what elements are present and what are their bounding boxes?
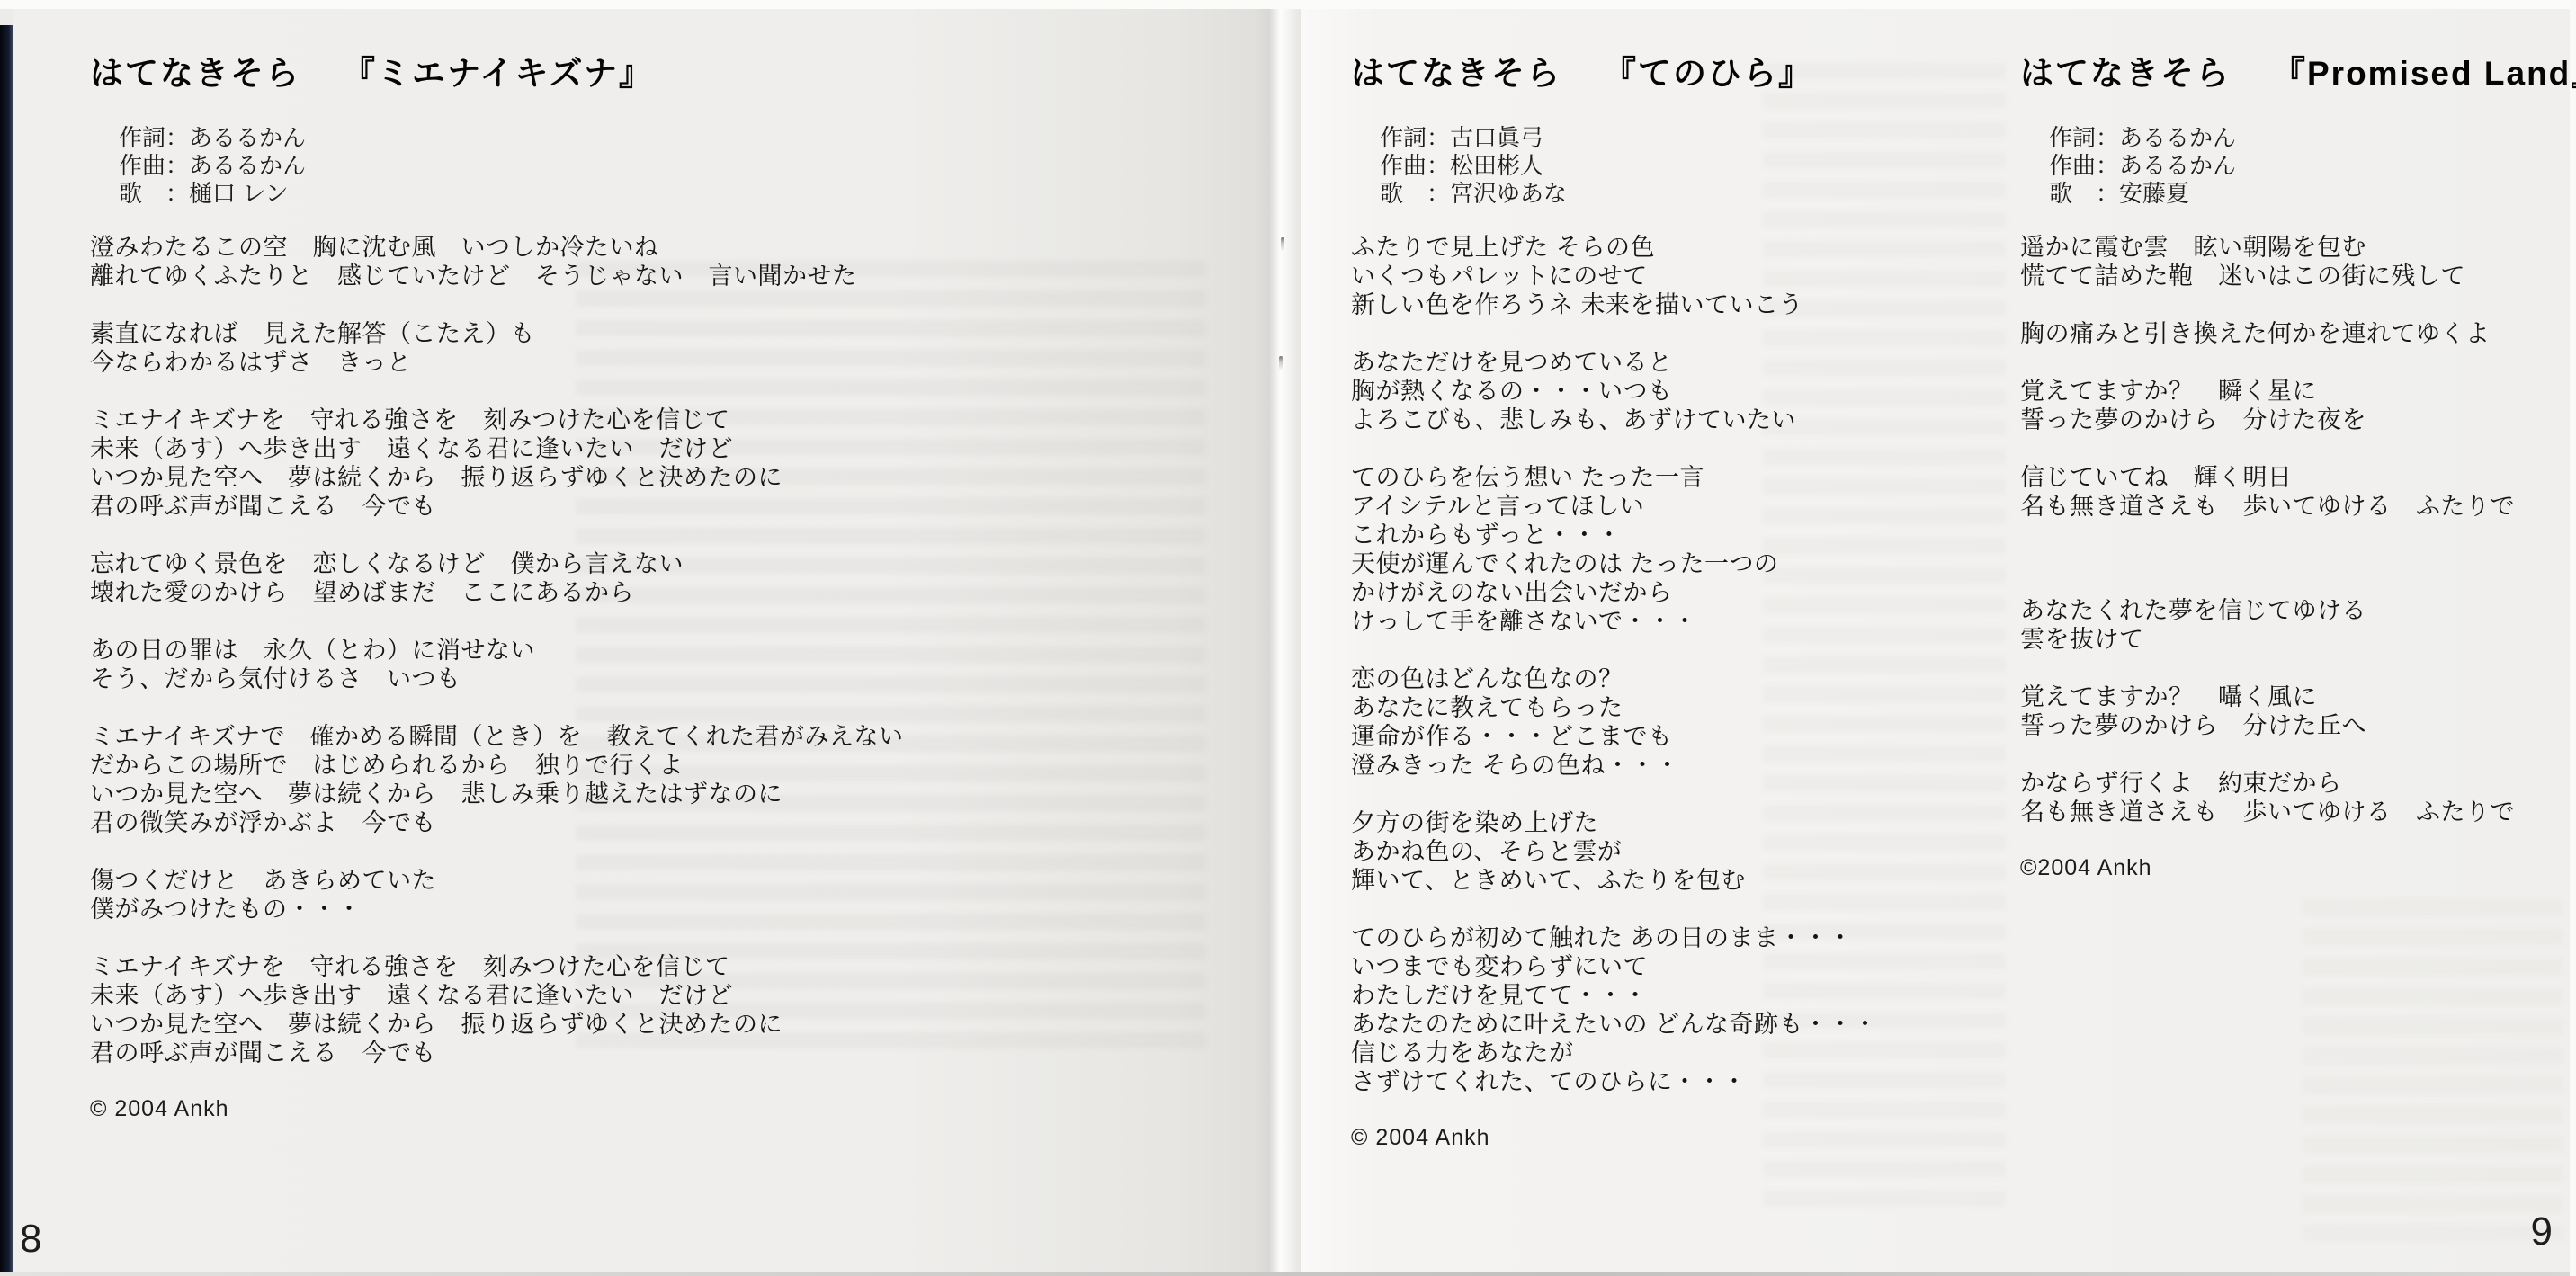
stanza: 忘れてゆく景色を 恋しくなるけど 僕から言えない壊れた愛のかけら 望めばまだ こ… bbox=[90, 549, 1241, 607]
credit-composer: 作曲：松田彬人 bbox=[1380, 152, 1999, 180]
lyric-line: 夕方の街を染め上げた bbox=[1351, 808, 1999, 837]
stanza-spacer bbox=[2020, 549, 2569, 567]
staple-bottom bbox=[1279, 356, 1283, 370]
lyric-line: 恋の色はどんな色なの？ bbox=[1351, 665, 1999, 693]
lyric-line: あかね色の、そらと雲が bbox=[1351, 837, 1999, 866]
lyric-line: あなただけを見つめていると bbox=[1351, 348, 1999, 377]
lyric-line: アイシテルと言ってほしい bbox=[1351, 492, 1999, 521]
stanza: ミエナイキズナを 守れる強さを 刻みつけた心を信じて未来（あす）へ歩き出す 遠く… bbox=[90, 406, 1241, 521]
lyric-line: いつか見た空へ 夢は続くから 悲しみ乗り越えたはずなのに bbox=[90, 780, 1241, 808]
lyric-line: 輝いて、ときめいて、ふたりを包む bbox=[1351, 866, 1999, 895]
lyric-line: あなたくれた夢を信じてゆける bbox=[2020, 596, 2569, 625]
lyric-line: 胸の痛みと引き換えた何かを連れてゆくよ bbox=[2020, 319, 2569, 348]
credit-vocalist: 歌 ：宮沢ゆあな bbox=[1380, 180, 1999, 208]
lyric-line: 未来（あす）へ歩き出す 遠くなる君に逢いたい だけど bbox=[90, 981, 1241, 1010]
credits: 作詞：あるるかん 作曲：あるるかん 歌 ：樋口 レン bbox=[119, 124, 1241, 208]
lyric-line: 新しい色を作ろうネ 未来を描いていこう bbox=[1351, 290, 1999, 319]
lyric-line: いつまでも変わらずにいて bbox=[1351, 952, 1999, 981]
lyric-line: ミエナイキズナを 守れる強さを 刻みつけた心を信じて bbox=[90, 406, 1241, 434]
lyric-line: あの日の罪は 永久（とわ）に消せない bbox=[90, 636, 1241, 665]
lyric-line: 今ならわかるはずさ きっと bbox=[90, 348, 1241, 377]
lyric-line: 信じていてね 輝く明日 bbox=[2020, 463, 2569, 492]
lyric-line: 運命が作る・・・どこまでも bbox=[1351, 722, 1999, 751]
scan-left-edge bbox=[0, 25, 13, 1276]
lyric-line: 天使が運んでくれたのは たった一つの bbox=[1351, 549, 1999, 578]
stanza: 夕方の街を染め上げたあかね色の、そらと雲が輝いて、ときめいて、ふたりを包む bbox=[1351, 808, 1999, 895]
lyric-line: いつか見た空へ 夢は続くから 振り返らずゆくと決めたのに bbox=[90, 463, 1241, 492]
lyric-line: ミエナイキズナを 守れる強さを 刻みつけた心を信じて bbox=[90, 952, 1241, 981]
credits: 作詞：古口眞弓 作曲：松田彬人 歌 ：宮沢ゆあな bbox=[1380, 124, 1999, 208]
song-title: はてなきそら『ミエナイキズナ』 bbox=[90, 52, 1241, 95]
lyric-line: よろこびも、悲しみも、あずけていたい bbox=[1351, 406, 1999, 434]
lyric-line: 素直になれば 見えた解答（こたえ）も bbox=[90, 319, 1241, 348]
lyric-line: 僕がみつけたもの・・・ bbox=[90, 895, 1241, 924]
lyric-line: わたしだけを見てて・・・ bbox=[1351, 981, 1999, 1010]
staple-top bbox=[1281, 237, 1284, 252]
lyric-line: 覚えてますか？ 瞬く星に bbox=[2020, 377, 2569, 406]
scan-top-edge bbox=[0, 0, 2576, 9]
song-tenohira: はてなきそら『てのひら』 作詞：古口眞弓 作曲：松田彬人 歌 ：宮沢ゆあな ふた… bbox=[1351, 52, 1999, 1151]
lyric-line: いくつもパレットにのせて bbox=[1351, 262, 1999, 290]
lyric-line: 澄みわたるこの空 胸に沈む風 いつしか冷たいね bbox=[90, 233, 1241, 262]
stanza: 覚えてますか？ 瞬く星に誓った夢のかけら 分けた夜を bbox=[2020, 377, 2569, 434]
lyric-line: 胸が熱くなるの・・・いつも bbox=[1351, 377, 1999, 406]
lyric-line: だからこの場所で はじめられるから 独りで行くよ bbox=[90, 751, 1241, 780]
stanza: ミエナイキズナを 守れる強さを 刻みつけた心を信じて未来（あす）へ歩き出す 遠く… bbox=[90, 952, 1241, 1067]
copyright-notice: © 2004 Ankh bbox=[90, 1096, 1241, 1122]
lyric-line: てのひらが初めて触れた あの日のまま・・・ bbox=[1351, 924, 1999, 952]
stanza: 素直になれば 見えた解答（こたえ）も今ならわかるはずさ きっと bbox=[90, 319, 1241, 377]
track-title: 『ミエナイキズナ』 bbox=[342, 55, 654, 92]
stanza: ミエナイキズナで 確かめる瞬間（とき）を 教えてくれた君がみえないだからこの場所… bbox=[90, 722, 1241, 837]
song-promised-land: はてなきそら『Promised Land』 作詞：あるるかん 作曲：あるるかん … bbox=[2020, 52, 2569, 881]
song-mienai-kizuna: はてなきそら『ミエナイキズナ』 作詞：あるるかん 作曲：あるるかん 歌 ：樋口 … bbox=[90, 52, 1241, 1122]
booklet-scan: はてなきそら『ミエナイキズナ』 作詞：あるるかん 作曲：あるるかん 歌 ：樋口 … bbox=[0, 0, 2576, 1276]
stanza: 信じていてね 輝く明日名も無き道さえも 歩いてゆける ふたりで bbox=[2020, 463, 2569, 521]
lyric-line: 澄みきった そらの色ね・・・ bbox=[1351, 751, 1999, 780]
lyric-line: あなたに教えてもらった bbox=[1351, 693, 1999, 722]
lyrics: ふたりで見上げた そらの色いくつもパレットにのせて新しい色を作ろうネ 未来を描い… bbox=[1351, 233, 1999, 1096]
page-number-right: 9 bbox=[2531, 1209, 2553, 1254]
stanza: かならず行くよ 約束だから名も無き道さえも 歩いてゆける ふたりで bbox=[2020, 769, 2569, 826]
scan-right-edge bbox=[2570, 0, 2576, 1276]
stanza: あなただけを見つめていると胸が熱くなるの・・・いつもよろこびも、悲しみも、あずけ… bbox=[1351, 348, 1999, 434]
track-title: 『てのひら』 bbox=[1603, 55, 1813, 92]
lyric-line: 名も無き道さえも 歩いてゆける ふたりで bbox=[2020, 492, 2569, 521]
lyric-line: 離れてゆくふたりと 感じていたけど そうじゃない 言い聞かせた bbox=[90, 262, 1241, 290]
credits: 作詞：あるるかん 作曲：あるるかん 歌 ：安藤夏 bbox=[2049, 124, 2569, 208]
page-number-left: 8 bbox=[20, 1217, 41, 1262]
lyric-line: これからもずっと・・・ bbox=[1351, 521, 1999, 549]
lyric-line: 信じる力をあなたが bbox=[1351, 1039, 1999, 1067]
lyric-line: あなたのために叶えたいの どんな奇跡も・・・ bbox=[1351, 1010, 1999, 1039]
stanza: 傷つくだけと あきらめていた僕がみつけたもの・・・ bbox=[90, 866, 1241, 924]
lyric-line: さずけてくれた、てのひらに・・・ bbox=[1351, 1067, 1999, 1096]
lyric-line: 君の呼ぶ声が聞こえる 今でも bbox=[90, 1039, 1241, 1067]
credit-lyricist: 作詞：あるるかん bbox=[119, 124, 1241, 152]
stanza: てのひらが初めて触れた あの日のまま・・・いつまでも変わらずにいてわたしだけを見… bbox=[1351, 924, 1999, 1096]
lyric-line: 忘れてゆく景色を 恋しくなるけど 僕から言えない bbox=[90, 549, 1241, 578]
credit-composer: 作曲：あるるかん bbox=[2049, 152, 2569, 180]
series-name: はてなきそら bbox=[2020, 55, 2231, 92]
song-title: はてなきそら『Promised Land』 bbox=[2020, 52, 2569, 95]
stanza: ふたりで見上げた そらの色いくつもパレットにのせて新しい色を作ろうネ 未来を描い… bbox=[1351, 233, 1999, 319]
lyric-line: てのひらを伝う想い たった一言 bbox=[1351, 463, 1999, 492]
lyric-line: けっして手を離さないで・・・ bbox=[1351, 607, 1999, 636]
lyric-line: かならず行くよ 約束だから bbox=[2020, 769, 2569, 798]
series-name: はてなきそら bbox=[90, 55, 300, 92]
lyric-line: ふたりで見上げた そらの色 bbox=[1351, 233, 1999, 262]
stanza: 恋の色はどんな色なの？あなたに教えてもらった運命が作る・・・どこまでも澄みきった… bbox=[1351, 665, 1999, 780]
lyric-line: 君の微笑みが浮かぶよ 今でも bbox=[90, 808, 1241, 837]
series-name: はてなきそら bbox=[1351, 55, 1561, 92]
center-fold-crease bbox=[1256, 0, 1301, 1276]
track-title: 『Promised Land』 bbox=[2272, 55, 2576, 92]
scan-bottom-edge bbox=[0, 1272, 2576, 1276]
credit-vocalist: 歌 ：安藤夏 bbox=[2049, 180, 2569, 208]
stanza: てのひらを伝う想い たった一言アイシテルと言ってほしいこれからもずっと・・・天使… bbox=[1351, 463, 1999, 636]
lyric-line: 雲を抜けて bbox=[2020, 625, 2569, 654]
lyric-line: ミエナイキズナで 確かめる瞬間（とき）を 教えてくれた君がみえない bbox=[90, 722, 1241, 751]
lyrics: 遥かに霞む雲 眩い朝陽を包む慌てて詰めた鞄 迷いはこの街に残して胸の痛みと引き換… bbox=[2020, 233, 2569, 826]
stanza: 胸の痛みと引き換えた何かを連れてゆくよ bbox=[2020, 319, 2569, 348]
stanza: 覚えてますか？ 囁く風に誓った夢のかけら 分けた丘へ bbox=[2020, 683, 2569, 740]
copyright-notice: ©2004 Ankh bbox=[2020, 855, 2569, 881]
stanza: 遥かに霞む雲 眩い朝陽を包む慌てて詰めた鞄 迷いはこの街に残して bbox=[2020, 233, 2569, 290]
song-title: はてなきそら『てのひら』 bbox=[1351, 52, 1999, 95]
lyric-line: 誓った夢のかけら 分けた丘へ bbox=[2020, 711, 2569, 740]
lyric-line: 遥かに霞む雲 眩い朝陽を包む bbox=[2020, 233, 2569, 262]
copyright-notice: © 2004 Ankh bbox=[1351, 1125, 1999, 1151]
lyric-line: 慌てて詰めた鞄 迷いはこの街に残して bbox=[2020, 262, 2569, 290]
credit-lyricist: 作詞：古口眞弓 bbox=[1380, 124, 1999, 152]
lyric-line: いつか見た空へ 夢は続くから 振り返らずゆくと決めたのに bbox=[90, 1010, 1241, 1039]
lyric-line: 傷つくだけと あきらめていた bbox=[90, 866, 1241, 895]
stanza: あなたくれた夢を信じてゆける雲を抜けて bbox=[2020, 596, 2569, 654]
lyric-line: 名も無き道さえも 歩いてゆける ふたりで bbox=[2020, 798, 2569, 826]
stanza: 澄みわたるこの空 胸に沈む風 いつしか冷たいね離れてゆくふたりと 感じていたけど… bbox=[90, 233, 1241, 290]
credit-composer: 作曲：あるるかん bbox=[119, 152, 1241, 180]
lyric-line: 誓った夢のかけら 分けた夜を bbox=[2020, 406, 2569, 434]
lyric-line: 君の呼ぶ声が聞こえる 今でも bbox=[90, 492, 1241, 521]
lyric-line: そう、だから気付けるさ いつも bbox=[90, 665, 1241, 693]
lyric-line: かけがえのない出会いだから bbox=[1351, 578, 1999, 607]
lyric-line: 覚えてますか？ 囁く風に bbox=[2020, 683, 2569, 711]
credit-vocalist: 歌 ：樋口 レン bbox=[119, 180, 1241, 208]
lyrics: 澄みわたるこの空 胸に沈む風 いつしか冷たいね離れてゆくふたりと 感じていたけど… bbox=[90, 233, 1241, 1067]
lyric-line: 未来（あす）へ歩き出す 遠くなる君に逢いたい だけど bbox=[90, 434, 1241, 463]
credit-lyricist: 作詞：あるるかん bbox=[2049, 124, 2569, 152]
lyric-line: 壊れた愛のかけら 望めばまだ ここにあるから bbox=[90, 578, 1241, 607]
stanza: あの日の罪は 永久（とわ）に消せないそう、だから気付けるさ いつも bbox=[90, 636, 1241, 693]
